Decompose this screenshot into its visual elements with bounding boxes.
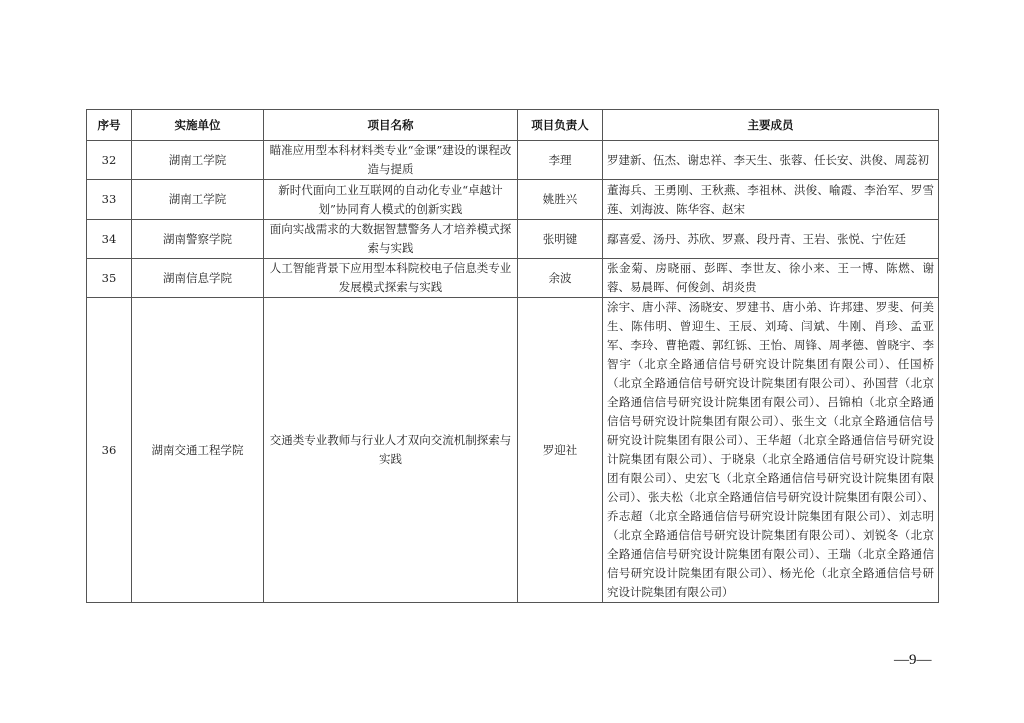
table-row: 34 湖南警察学院 面向实战需求的大数据智慧警务人才培养模式探索与实践 张明键 … (87, 220, 939, 259)
cell-unit: 湖南信息学院 (132, 259, 264, 298)
cell-members: 涂宇、唐小萍、汤晓安、罗建书、唐小弟、许邦建、罗斐、何美生、陈伟明、曾迎生、王辰… (603, 298, 939, 603)
header-project: 项目名称 (264, 110, 518, 141)
cell-no: 33 (87, 180, 132, 220)
cell-no: 35 (87, 259, 132, 298)
cell-no: 36 (87, 298, 132, 603)
cell-project: 交通类专业教师与行业人才双向交流机制探索与实践 (264, 298, 518, 603)
header-unit: 实施单位 (132, 110, 264, 141)
header-no: 序号 (87, 110, 132, 141)
cell-project: 面向实战需求的大数据智慧警务人才培养模式探索与实践 (264, 220, 518, 259)
cell-project: 瞄准应用型本科材料类专业“金课”建设的课程改造与提质 (264, 141, 518, 180)
table-row: 33 湖南工学院 新时代面向工业互联网的自动化专业“卓越计划”协同育人模式的创新… (87, 180, 939, 220)
cell-leader: 罗迎社 (518, 298, 603, 603)
cell-unit: 湖南工学院 (132, 180, 264, 220)
cell-no: 32 (87, 141, 132, 180)
header-members: 主要成员 (603, 110, 939, 141)
cell-leader: 李理 (518, 141, 603, 180)
cell-members: 鄢喜爱、汤丹、苏欣、罗熹、段丹青、王岩、张悦、宁佐廷 (603, 220, 939, 259)
cell-project: 人工智能背景下应用型本科院校电子信息类专业发展模式探索与实践 (264, 259, 518, 298)
cell-unit: 湖南警察学院 (132, 220, 264, 259)
cell-members: 董海兵、王勇刚、王秋燕、李祖林、洪俊、喻霞、李治军、罗雪莲、刘海波、陈华容、赵宋 (603, 180, 939, 220)
cell-members: 张金菊、房晓丽、彭晖、李世友、徐小来、王一博、陈燃、谢蓉、易晨晖、何俊剑、胡炎贵 (603, 259, 939, 298)
table-row: 32 湖南工学院 瞄准应用型本科材料类专业“金课”建设的课程改造与提质 李理 罗… (87, 141, 939, 180)
cell-no: 34 (87, 220, 132, 259)
cell-project: 新时代面向工业互联网的自动化专业“卓越计划”协同育人模式的创新实践 (264, 180, 518, 220)
cell-leader: 余波 (518, 259, 603, 298)
table-row: 35 湖南信息学院 人工智能背景下应用型本科院校电子信息类专业发展模式探索与实践… (87, 259, 939, 298)
page-number: —9— (894, 652, 932, 669)
cell-members: 罗建新、伍杰、谢忠祥、李天生、张蓉、任长安、洪俊、周蕊初 (603, 141, 939, 180)
table-header-row: 序号 实施单位 项目名称 项目负责人 主要成员 (87, 110, 939, 141)
projects-table: 序号 实施单位 项目名称 项目负责人 主要成员 32 湖南工学院 瞄准应用型本科… (86, 109, 939, 603)
cell-unit: 湖南工学院 (132, 141, 264, 180)
cell-unit: 湖南交通工程学院 (132, 298, 264, 603)
cell-leader: 姚胜兴 (518, 180, 603, 220)
header-leader: 项目负责人 (518, 110, 603, 141)
cell-leader: 张明键 (518, 220, 603, 259)
table-row: 36 湖南交通工程学院 交通类专业教师与行业人才双向交流机制探索与实践 罗迎社 … (87, 298, 939, 603)
